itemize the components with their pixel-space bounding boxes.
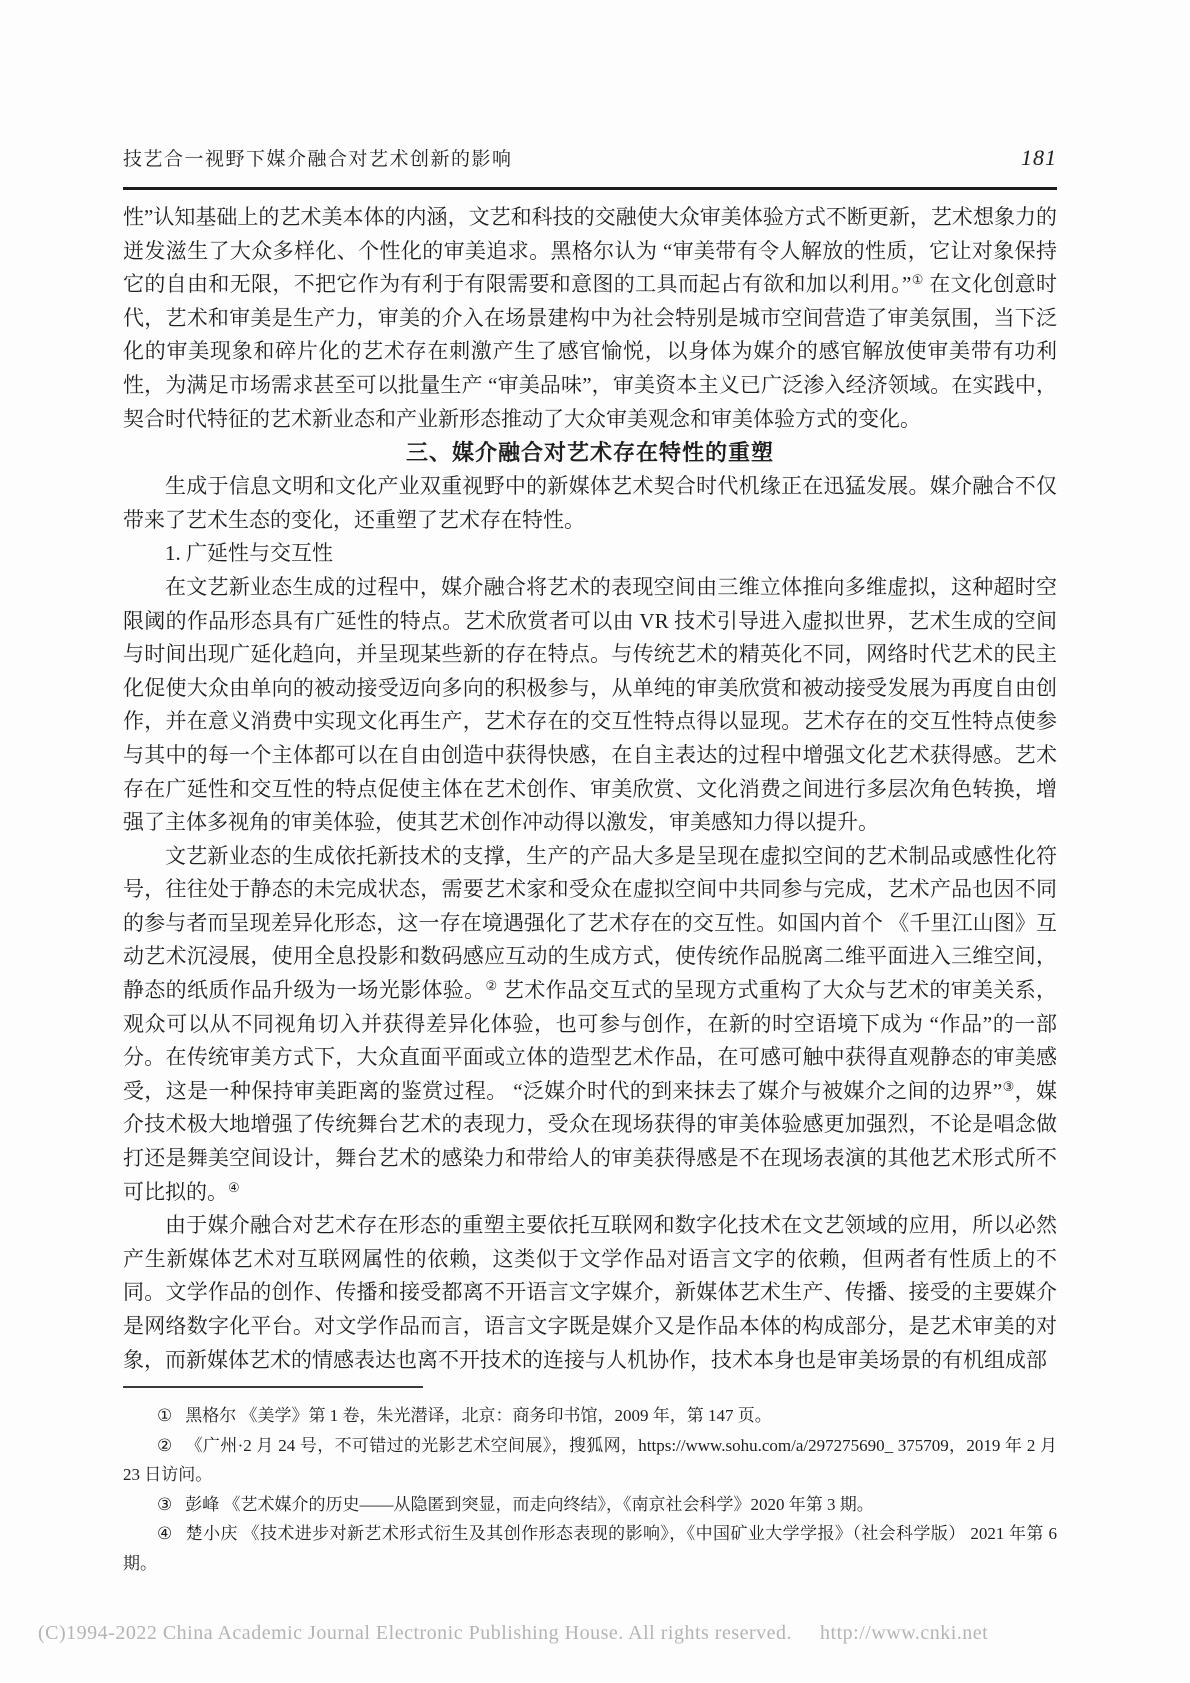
page-number: 181 (1021, 145, 1057, 171)
body-paragraph-internet-dependence: 由于媒介融合对艺术存在形态的重塑主要依托互联网和数字化技术在文艺领域的应用，所以… (123, 1209, 1057, 1377)
subsection-heading: 1. 广延性与交互性 (123, 537, 1057, 571)
body-paragraph-overview: 生成于信息文明和文化产业双重视野中的新媒体艺术契合时代机缘正在迅猛发展。媒介融合… (123, 470, 1057, 537)
body-paragraph-extensibility: 在文艺新业态生成的过程中，媒介融合将艺术的表现空间由三维立体推向多维虚拟，这种超… (123, 571, 1057, 840)
footnote-text: 《广州·2 月 24 号，不可错过的光影艺术空间展》，搜狐网，https://w… (123, 1436, 1057, 1485)
footnote-text: 楚小庆 《技术进步对新艺术形式衍生及其创作形态表现的影响》，《中国矿业大学学报》… (123, 1524, 1057, 1573)
footnote-text: 黑格尔 《美学》第 1 卷，朱光潜译，北京：商务印书馆，2009 年，第 147… (185, 1406, 772, 1425)
footnote-item: ④楚小庆 《技术进步对新艺术形式衍生及其创作形态表现的影响》，《中国矿业大学学报… (123, 1519, 1057, 1578)
running-title: 技艺合一视野下媒介融合对艺术创新的影响 (123, 144, 513, 171)
footer-copyright: (C)1994-2022 China Academic Journal Elec… (38, 1622, 792, 1644)
footer-url: http://www.cnki.net (820, 1622, 988, 1644)
body-paragraph-new-business: 文艺新业态的生成依托新技术的支撑，生产的产品大多是呈现在虚拟空间的艺术制品或感性… (123, 840, 1057, 1210)
footnote-item: ③彭峰 《艺术媒介的历史——从隐匿到突显，而走向终结》，《南京社会科学》2020… (123, 1490, 1057, 1520)
footnotes: ①黑格尔 《美学》第 1 卷，朱光潜译，北京：商务印书馆，2009 年，第 14… (123, 1401, 1057, 1578)
footnote-marker: ④ (157, 1524, 173, 1543)
footnote-text: 彭峰 《艺术媒介的历史——从隐匿到突显，而走向终结》，《南京社会科学》2020 … (185, 1495, 874, 1514)
header-rule (123, 187, 1057, 190)
footnote-item: ①黑格尔 《美学》第 1 卷，朱光潜译，北京：商务印书馆，2009 年，第 14… (123, 1401, 1057, 1431)
footnote-marker: ② (157, 1436, 173, 1455)
footnote-marker: ① (157, 1406, 172, 1425)
section-heading: 三、媒介融合对艺术存在特性的重塑 (123, 436, 1057, 470)
footnote-marker: ③ (157, 1495, 172, 1514)
page-header: 技艺合一视野下媒介融合对艺术创新的影响 181 (123, 144, 1057, 171)
journal-page: 技艺合一视野下媒介融合对艺术创新的影响 181 性”认知基础上的艺术美本体的内涵… (0, 0, 1190, 1683)
footnote-separator (123, 1386, 423, 1388)
page-footer: (C)1994-2022 China Academic Journal Elec… (38, 1622, 988, 1645)
footnote-item: ②《广州·2 月 24 号，不可错过的光影艺术空间展》，搜狐网，https://… (123, 1431, 1057, 1490)
body-paragraph-intro: 性”认知基础上的艺术美本体的内涵，文艺和科技的交融使大众审美体验方式不断更新，艺… (123, 201, 1057, 436)
article-body: 性”认知基础上的艺术美本体的内涵，文艺和科技的交融使大众审美体验方式不断更新，艺… (123, 201, 1057, 1578)
